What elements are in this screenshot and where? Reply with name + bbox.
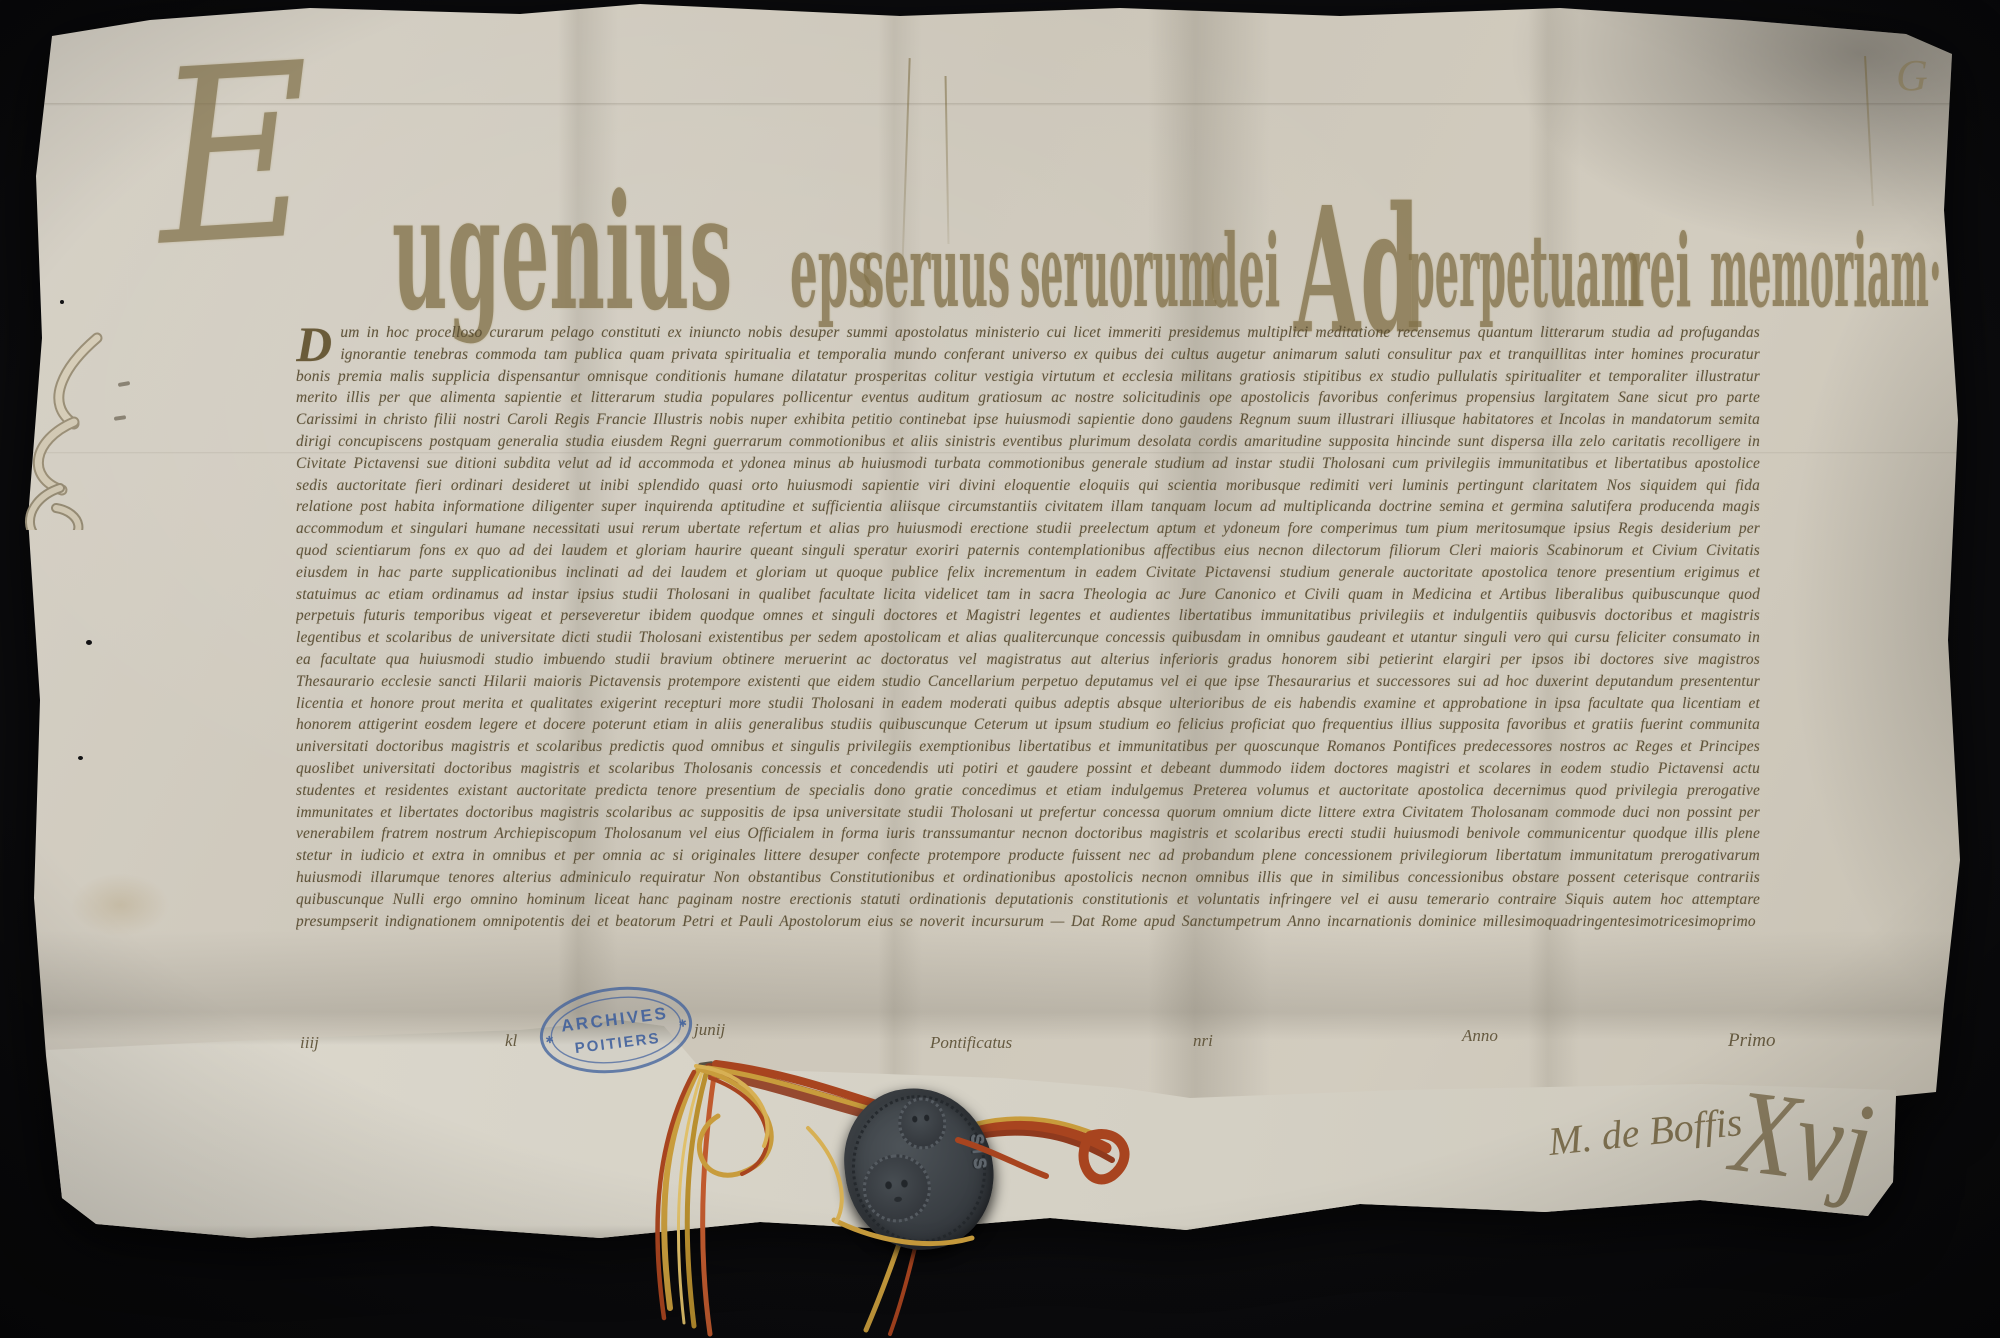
- parchment-hole: [86, 640, 92, 645]
- heading-word: ugenius: [392, 158, 732, 346]
- corner-registration-mark: G: [1896, 50, 1928, 101]
- heading-word: eps: [790, 212, 873, 331]
- latin-text: um in hoc procelloso curarum pelago cons…: [296, 324, 1760, 930]
- drop-cap: D: [296, 322, 340, 364]
- heading-word: memoriam·: [1710, 212, 1942, 331]
- seal-cords-front: [598, 1008, 1178, 1338]
- heading-word: perpetuam: [1408, 212, 1641, 331]
- chancery-tax-mark: Xvj: [1725, 1062, 1879, 1215]
- heading-word: dei: [1210, 212, 1280, 331]
- stamp-star-left: ✱: [545, 1035, 555, 1047]
- parchment-hole: [78, 756, 83, 760]
- heading-word: seruus: [862, 212, 1010, 331]
- photograph-of-papal-bull: E ugenius eps seruus seruorum dei Ad per…: [0, 0, 2000, 1338]
- heading-word: rei: [1628, 212, 1691, 331]
- subscript-word: nri: [1193, 1031, 1213, 1051]
- bull-body-text: Dum in hoc procelloso curarum pelago con…: [296, 322, 1760, 1028]
- illuminated-initial: E: [152, 31, 317, 280]
- subscript-word: Anno: [1462, 1026, 1498, 1046]
- subscript-word: kl: [505, 1031, 517, 1051]
- heading-word: seruorum: [1020, 212, 1217, 331]
- subscript-word: iiij: [300, 1033, 319, 1053]
- parchment-hole: [60, 300, 64, 304]
- subscript-word: Primo: [1728, 1030, 1776, 1052]
- parchment-tie-lace: [2, 320, 152, 530]
